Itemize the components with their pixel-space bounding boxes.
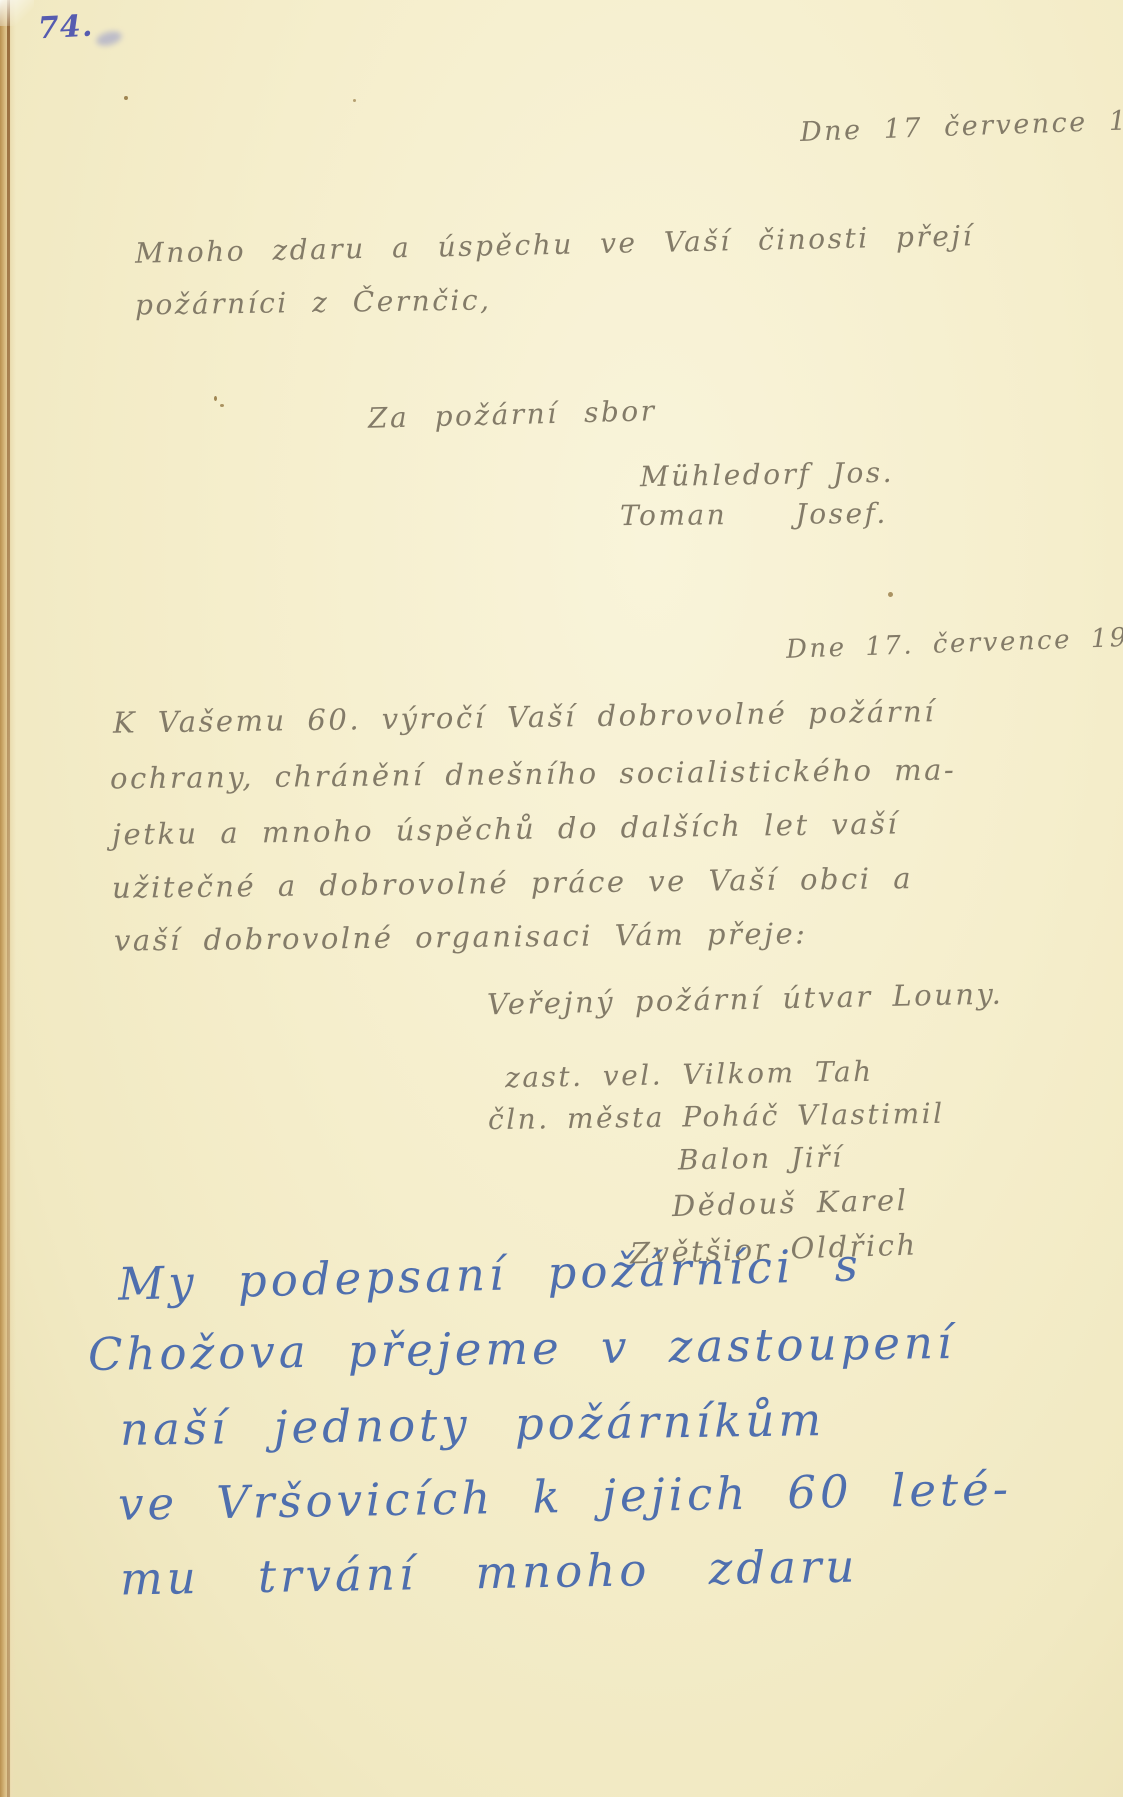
page-number: 74.: [37, 9, 94, 47]
letter3-body-line-2: Chožova přejeme v zastoupení: [88, 1316, 956, 1381]
letter2-body-line-2: ochrany, chránění dnešního socialistické…: [110, 753, 957, 796]
corner-tear: [0, 0, 34, 26]
stray-pen-mark: [220, 404, 224, 407]
ink-smudge: [95, 29, 123, 48]
letter2-signature-4: Dědouš Karel: [672, 1183, 909, 1223]
paper-speck: [888, 592, 893, 597]
binding-crease-line: [7, 0, 10, 1797]
letter3-body-line-4: ve Vršovicích k jejich 60 leté-: [118, 1462, 1013, 1531]
paper-speck: [124, 96, 128, 100]
letter2-body-line-1: K Vašemu 60. výročí Vaší dobrovolné požá…: [113, 694, 936, 739]
letter2-date: Dne 17. července 1966.: [786, 621, 1123, 665]
letter1-body-line-1: Mnoho zdaru a úspěchu ve Vaší činosti př…: [135, 219, 975, 270]
letter1-date: Dne 17 července 1966.: [800, 103, 1123, 148]
letter2-body-line-3: jetku a mnoho úspěchů do dalších let vaš…: [112, 807, 900, 852]
letter2-closing: Veřejný požární útvar Louny.: [487, 977, 1004, 1022]
letter1-body-line-2: požárníci z Černčic,: [135, 284, 492, 322]
letter1-signature-2: Toman Josef.: [620, 497, 888, 532]
letter2-body-line-4: užitečné a dobrovolné práce ve Vaší obci…: [112, 861, 913, 905]
stray-pen-mark: [214, 396, 217, 401]
manuscript-page: 74. Dne 17 července 1966. Mnoho zdaru a …: [0, 0, 1123, 1797]
letter1-signature-1: Mühledorf Jos.: [640, 456, 895, 493]
letter3-body-line-1: My podepsaní požárníci s: [117, 1238, 862, 1310]
letter1-closing: Za požární sbor: [368, 394, 657, 435]
letter3-body-line-3: naší jednoty požárníkům: [120, 1393, 826, 1456]
letter2-signature-1: zast. vel. Vilkom Tah: [505, 1055, 874, 1094]
letter2-signature-2: čln. města Poháč Vlastimil: [488, 1097, 945, 1136]
letter3-body-line-5: mu trvání mnoho zdaru: [120, 1540, 859, 1606]
letter2-signature-3: Balon Jiří: [678, 1141, 844, 1177]
letter2-body-line-5: vaší dobrovolné organisaci Vám přeje:: [114, 916, 808, 957]
paper-speck: [353, 99, 356, 102]
